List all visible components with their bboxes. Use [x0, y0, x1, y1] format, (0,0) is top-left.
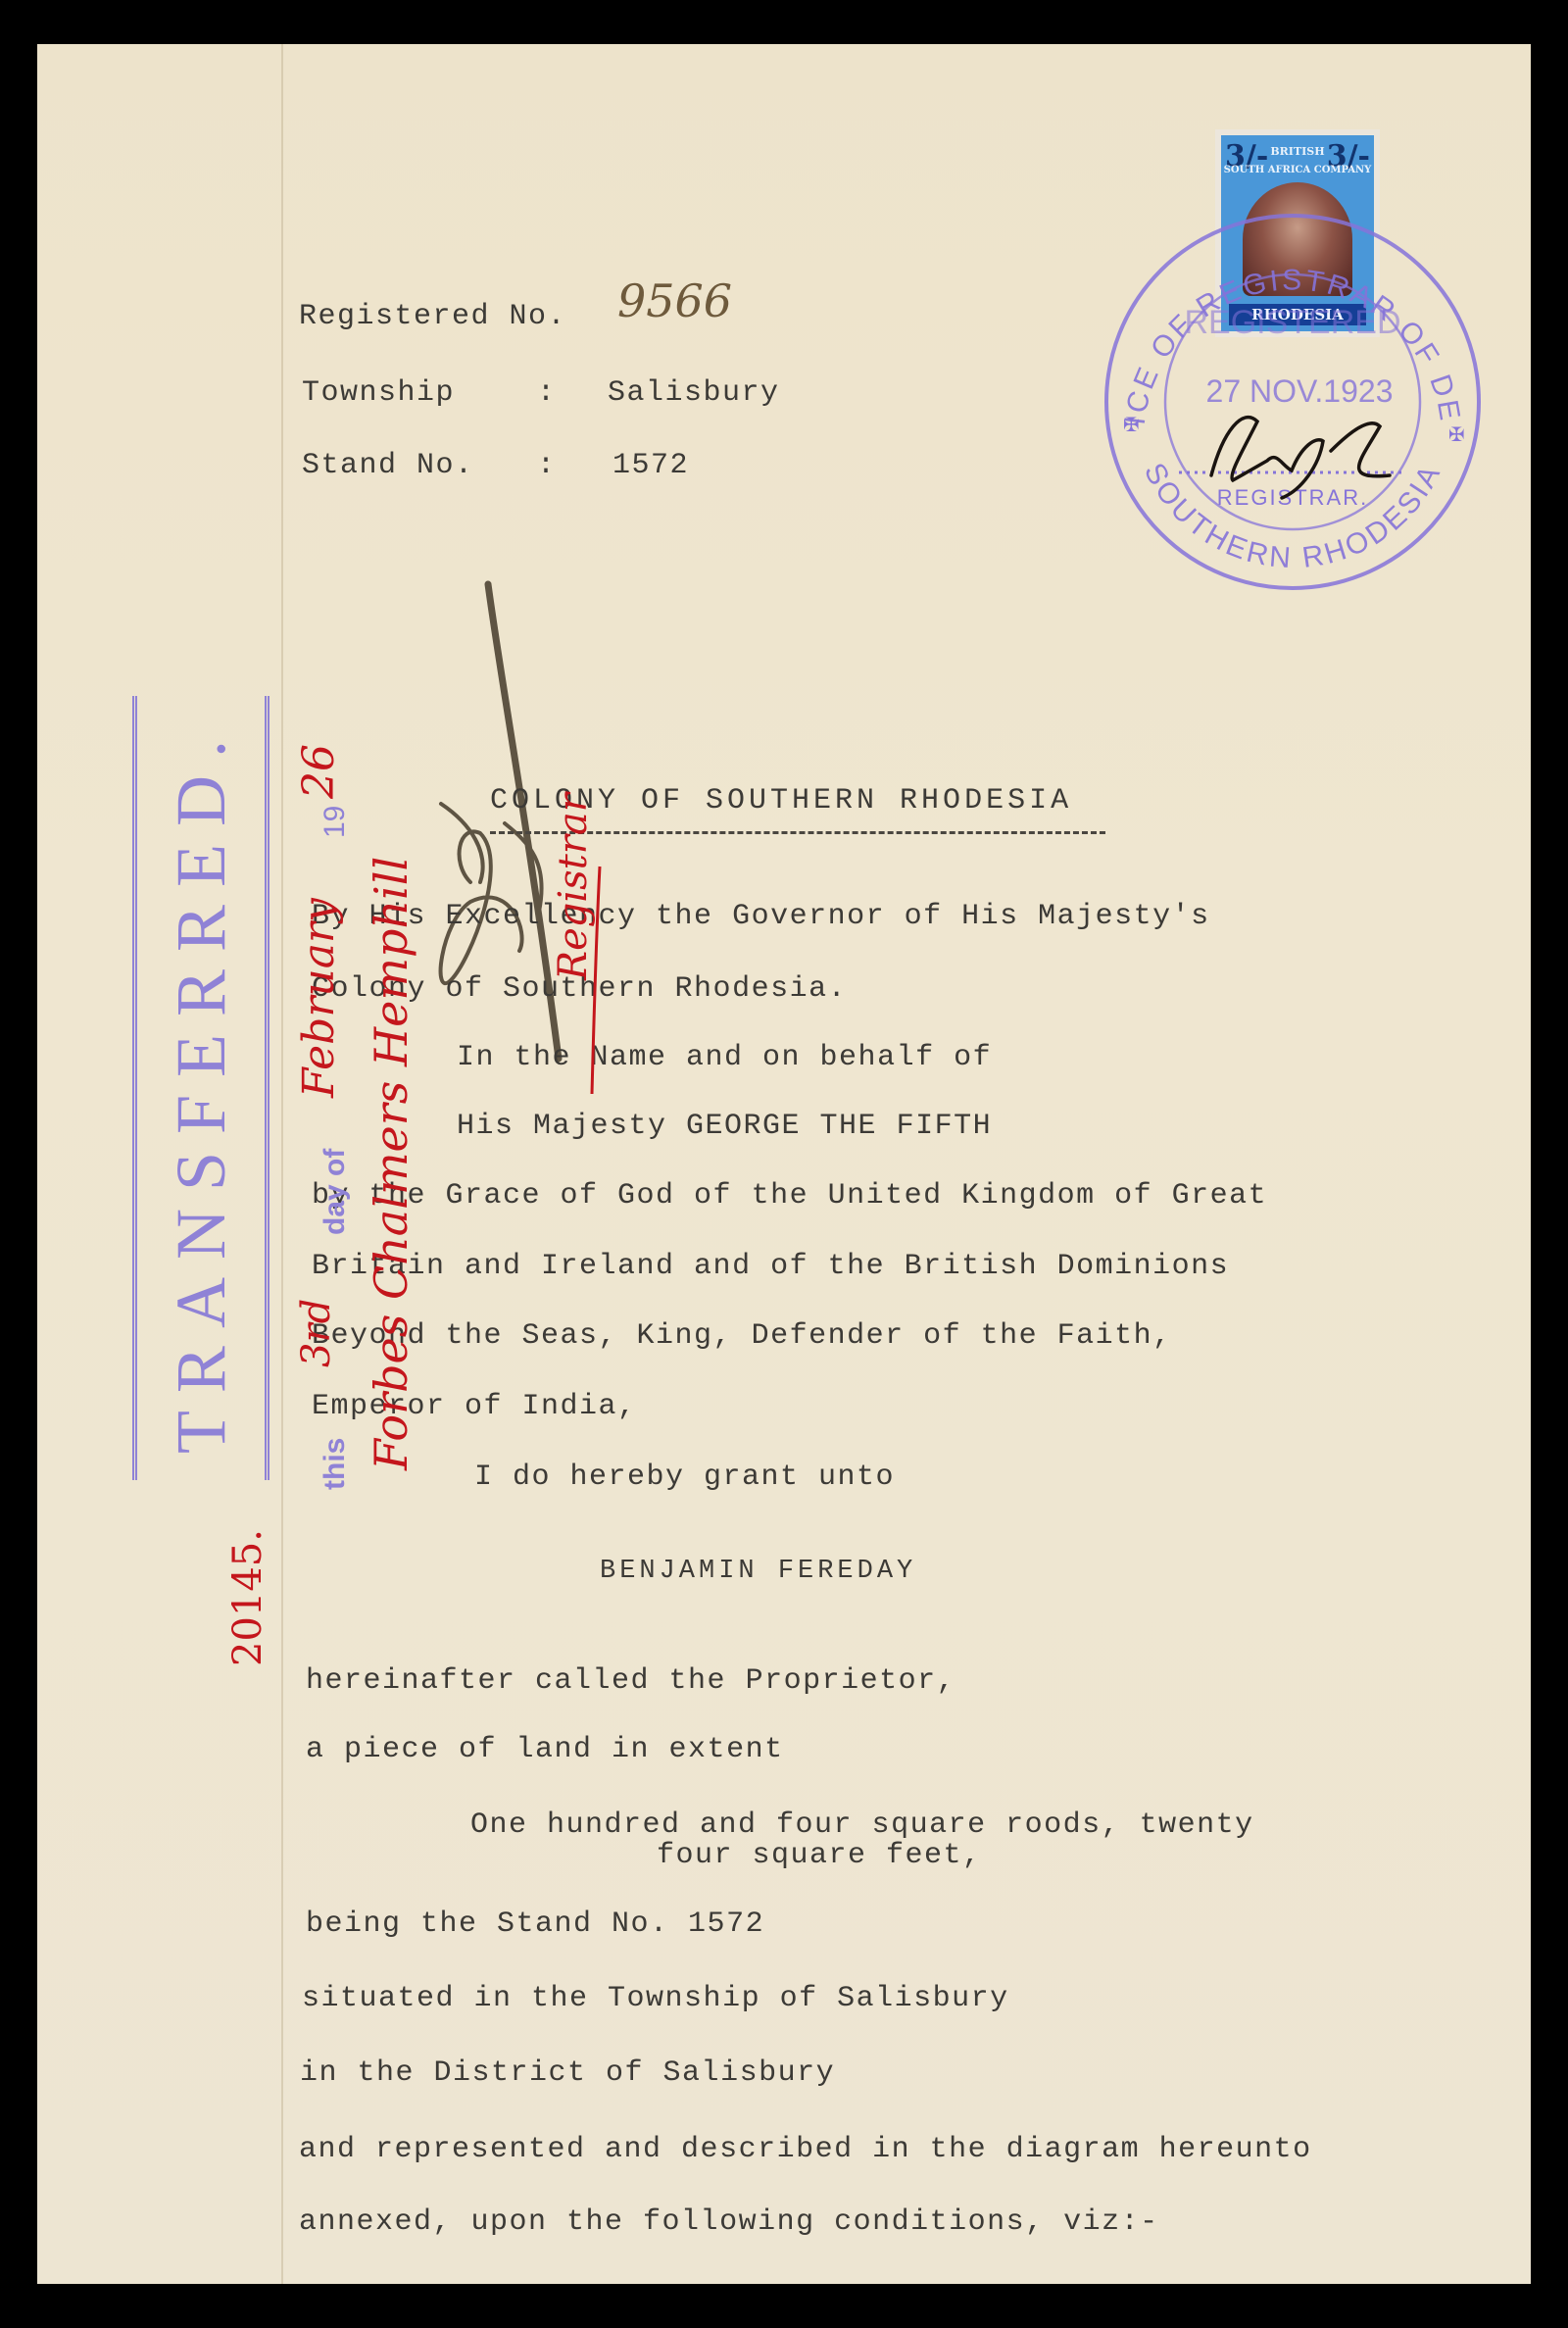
transferred-stamp: TRANSFERRED. [137, 696, 265, 1480]
body-line-17: in the District of Salisbury [300, 2056, 835, 2090]
township-value: Salisbury [608, 376, 780, 410]
stand-label: Stand No. [302, 449, 474, 482]
registrar-seal-icon: OFFICE OF REGISTRAR OF DEEDS SOUTHERN RH… [1096, 206, 1490, 590]
stamp-line-1: BRITISH [1221, 145, 1374, 158]
body-line-9: I do hereby grant unto [474, 1461, 895, 1494]
transfer-year-prefix: 19 [318, 806, 352, 838]
body-line-16: situated in the Township of Salisbury [302, 1982, 1009, 2015]
transfer-day: 3rd [294, 1299, 339, 1367]
extent-line-1: One hundred and four square roods, twent… [470, 1808, 1254, 1842]
svg-text:REGISTERED: REGISTERED [1184, 304, 1400, 341]
township-separator: : [537, 376, 557, 410]
registered-label: Registered No. [299, 300, 566, 333]
stand-separator: : [537, 449, 557, 482]
body-line-8: Emperor of India, [312, 1390, 637, 1423]
transfer-day-of: day of [318, 1149, 352, 1235]
svg-text:SOUTHERN RHODESIA: SOUTHERN RHODESIA [1138, 458, 1447, 574]
body-line-12: a piece of land in extent [306, 1733, 784, 1766]
extent-line-2: four square feet, [657, 1839, 982, 1872]
body-line-15: being the Stand No. 1572 [306, 1907, 764, 1941]
body-line-19: annexed, upon the following conditions, … [299, 2205, 1159, 2239]
body-line-7: Beyond the Seas, King, Defender of the F… [312, 1319, 1172, 1353]
transfer-month: February [294, 898, 344, 1098]
stamp-line-2: SOUTH AFRICA COMPANY [1221, 165, 1374, 175]
transferred-word: TRANSFERRED. [161, 722, 242, 1454]
body-line-18: and represented and described in the dia… [299, 2133, 1312, 2166]
body-line-6: Britain and Ireland and of the British D… [312, 1250, 1229, 1283]
transferee-name: Forbes Chalmers Hemphill [365, 857, 417, 1470]
body-line-11: hereinafter called the Proprietor, [306, 1664, 955, 1698]
svg-text:✠: ✠ [1448, 422, 1465, 446]
stand-value: 1572 [612, 449, 689, 482]
body-line-5: by the Grace of God of the United Kingdo… [312, 1179, 1267, 1213]
transfer-reference-number: 20145. [225, 1529, 270, 1666]
svg-text:REGISTRAR.: REGISTRAR. [1217, 485, 1368, 510]
grantee-name: BENJAMIN FEREDAY [600, 1557, 916, 1586]
body-line-1: By His Excellency the Governor of His Ma… [312, 900, 1210, 933]
svg-text:27 NOV.1923: 27 NOV.1923 [1206, 373, 1394, 409]
svg-text:✠: ✠ [1123, 413, 1140, 436]
body-line-3: In the Name and on behalf of [457, 1041, 992, 1074]
township-label: Township [302, 376, 455, 410]
body-line-4: His Majesty GEORGE THE FIFTH [457, 1110, 992, 1143]
registered-number: 9566 [617, 274, 732, 327]
paper-fold-line [281, 44, 283, 2284]
transfer-date-prefix: this [318, 1438, 352, 1490]
red-ink-stroke [588, 863, 608, 1098]
transfer-year-suffix: 26 [294, 744, 344, 799]
